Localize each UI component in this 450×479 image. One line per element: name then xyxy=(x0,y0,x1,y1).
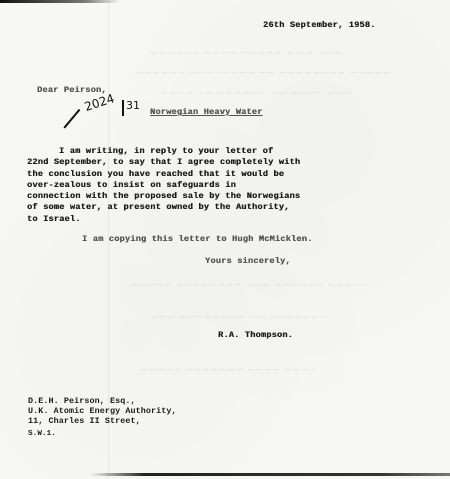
bleed-through-text: ~~~~~ ~~~~~~~~ ~~ ~~~~~~~~ ~~~~~~ xyxy=(135,68,391,79)
scanned-letter-page: ~~~ ~~ ~ ~~~~~ ~~~~ ~~~~~~ ~~~~~ ~~~~~~~… xyxy=(0,0,450,479)
body-line: the conclusion you have reached that it … xyxy=(27,169,300,180)
address-line: S.W.1. xyxy=(28,430,177,440)
salutation: Dear Peirson, xyxy=(37,85,107,95)
bleed-through-text: ~~~~~ ~~~~~~ ~~~ ~~~~~~~~ ~~~~~ xyxy=(130,280,369,291)
closing: Yours sincerely, xyxy=(205,256,291,266)
letter-date: 26th September, 1958. xyxy=(263,20,376,30)
body-line: connection with the proposed sale by the… xyxy=(27,191,300,202)
scan-edge-top xyxy=(0,0,120,3)
address-line: 11, Charles II Street, xyxy=(28,417,177,427)
copy-note: I am copying this letter to Hugh McMickl… xyxy=(82,234,312,244)
body-line: over-zealous to insist on safeguards in xyxy=(27,180,300,191)
handwritten-reference-suffix: 31 xyxy=(126,99,140,112)
bleed-through-text: ~~~ ~~~~ ~~ ~~~~~~ ~~ ~~~~ xyxy=(160,88,352,99)
body-line: I am writing, in reply to your letter of xyxy=(27,146,300,157)
body-line: 22nd September, to say that I agree comp… xyxy=(27,157,300,168)
handwritten-pen-stroke xyxy=(63,109,80,128)
bleed-through-text: ~~~~ ~~~~ ~~~~~~~ ~~~~~ xyxy=(140,365,317,376)
body-line: to Israel. xyxy=(27,214,300,225)
letter-body: I am writing, in reply to your letter of… xyxy=(27,146,300,225)
bleed-through-text: ~~~~~~~ ~~ ~~~~~~~~ ~~~ xyxy=(150,312,327,323)
scan-edge-bottom xyxy=(90,473,450,476)
letter-subject: Norwegian Heavy Water xyxy=(150,107,263,117)
signature-name: R.A. Thompson. xyxy=(218,330,293,340)
body-line: of some water, at present owned by the A… xyxy=(27,202,300,213)
bleed-through-text: ~~~ ~~ ~ ~~~~~ ~~~~ ~~~~~~ xyxy=(150,48,342,59)
handwritten-divider xyxy=(122,100,124,116)
recipient-address: D.E.H. Peirson, Esq., U.K. Atomic Energy… xyxy=(28,397,177,440)
